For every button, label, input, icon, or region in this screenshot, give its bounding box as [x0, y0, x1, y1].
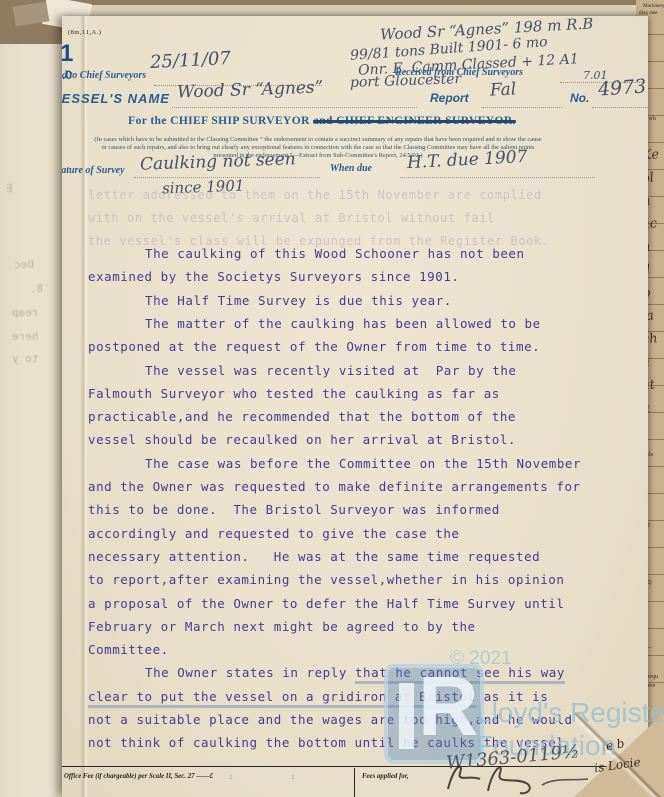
mirrored-bleed-fragment: E [6, 182, 13, 195]
typewritten-line: February or March next might be agreed t… [88, 619, 476, 634]
ghost-line: letter addressed to them on the 15th Nov… [88, 188, 542, 202]
typewritten-line: clear to put the vessel on a gridiron at… [88, 689, 548, 704]
typewritten-line: postponed at the request of the Owner fr… [88, 339, 540, 354]
text-segment: this to be done. The Bristol Surveyor wa… [88, 502, 500, 517]
form-heading: For the CHIEF SHIP SURVEYOR and CHIEF EN… [62, 115, 582, 127]
handwritten-nature-of-survey: Caulking not seen [140, 149, 296, 174]
text-segment: as it is [476, 689, 549, 704]
typewritten-line: The Half Time Survey is due this year. [145, 293, 452, 308]
underlined-phrase: clear to put the vessel on a gridiron at… [88, 689, 476, 708]
typewritten-line: Falmouth Surveyor who tested the caulkin… [88, 386, 500, 401]
text-segment: to report,after examining the vessel,whe… [88, 572, 564, 587]
footer-divider [354, 768, 355, 797]
fill-in-line [592, 106, 648, 108]
mirrored-bleed-fragment: Dec [14, 258, 34, 271]
text-segment: February or March next might be agreed t… [88, 619, 476, 634]
text-segment: examined by the Societys Surveyors since… [88, 269, 459, 284]
text-segment: The vessel was recently visited at Par b… [145, 363, 516, 378]
typewritten-line: this to be done. The Bristol Surveyor wa… [88, 502, 500, 517]
nature-of-survey-label: Nature of Survey [62, 165, 125, 176]
handwritten-vessel-name: Wood Sr “Agnes” [177, 77, 324, 102]
text-segment: not a suitable place and the wages are t… [88, 712, 573, 727]
text-segment: The Half Time Survey is due this year. [145, 293, 452, 308]
document-scan: { "colors":{"paper":"#ece3d0","print_blu… [0, 0, 664, 797]
typewritten-line: not a suitable place and the wages are t… [88, 712, 573, 727]
text-segment: practicable,and he recommended that the … [88, 409, 516, 424]
fee-colon: : [292, 773, 294, 781]
ghost-line: with on the vessel's arrival at Bristol … [88, 211, 495, 225]
fill-in-line [400, 176, 595, 178]
typewritten-line: vessel should be recaulked on her arriva… [88, 432, 516, 447]
heading-main: For the CHIEF SHIP SURVEYOR [128, 115, 313, 127]
typewritten-line: and the Owner was requested to make defi… [88, 479, 581, 494]
mirrored-bleed-fragment: to y [12, 352, 39, 365]
handwritten-port-note: port Gloucester [350, 71, 462, 91]
right-sheet-header: Machinery Sur [643, 4, 664, 9]
text-segment: postponed at the request of the Owner fr… [88, 339, 540, 354]
typewritten-line: The vessel was recently visited at Par b… [145, 363, 516, 378]
underlined-phrase: that he cannot see his way [355, 665, 565, 684]
heading-struck-text: and CHIEF ENGINEER SURVEYOR. [313, 115, 516, 127]
handwritten-signature [430, 755, 630, 797]
typewritten-line: The case was before the Committee on the… [145, 456, 581, 471]
paper-crease [80, 16, 88, 797]
text-segment: The case was before the Committee on the… [145, 456, 581, 471]
handwritten-report-station: Fal [489, 79, 516, 100]
typewritten-line: to report,after examining the vessel,whe… [88, 572, 564, 587]
handwritten-sent-date: 25/11/07 [150, 48, 232, 73]
report-label: Report [430, 91, 469, 105]
fees-applied-label: Fees applied for, [362, 773, 409, 780]
fill-in-line [482, 106, 562, 108]
text-segment: Committee. [88, 642, 169, 657]
text-segment: vessel should be recaulked on her arriva… [88, 432, 516, 447]
typewritten-line: practicable,and he recommended that the … [88, 409, 516, 424]
typewritten-line: The matter of the caulking has been allo… [145, 316, 541, 331]
form-code: (8m,11,A.) [68, 29, 101, 36]
office-fee-label: Office Fee (if chargeable) per Scale II,… [64, 773, 213, 780]
text-segment: and the Owner was requested to make defi… [88, 479, 581, 494]
when-due-label: When due [330, 163, 372, 174]
text-segment: necessary attention. He was at the same … [88, 549, 540, 564]
text-segment: a proposal of the Owner to defer the Hal… [88, 596, 564, 611]
typewritten-line: The caulking of this Wood Schooner has n… [145, 246, 525, 261]
mirrored-bleed-fragment: reap [12, 306, 39, 319]
corner-number: 1 [62, 40, 73, 68]
typewritten-line: a proposal of the Owner to defer the Hal… [88, 596, 564, 611]
survey-report-page: (8m,11,A.) 1 .0 d to Chief Surveyors 25/… [62, 16, 648, 797]
text-segment: The matter of the caulking has been allo… [145, 316, 541, 331]
typewritten-line: examined by the Societys Surveyors since… [88, 269, 459, 284]
text-segment: The caulking of this Wood Schooner has n… [145, 246, 525, 261]
fill-in-line [172, 106, 417, 108]
mirrored-bleed-fragment: '8. [30, 282, 50, 295]
vessels-name-label: VESSEL'S NAME [62, 91, 170, 106]
typewritten-line: The Owner states in reply that he cannot… [145, 665, 565, 680]
text-segment: The Owner states in reply [145, 665, 355, 680]
sent-to-chief-surveyors-label: d to Chief Surveyors [62, 70, 146, 81]
text-segment: Falmouth Surveyor who tested the caulkin… [88, 386, 500, 401]
typewritten-line: Committee. [88, 642, 169, 657]
typewritten-line: accordingly and requested to give the ca… [88, 526, 459, 541]
report-number-label: No. [570, 91, 589, 105]
mirrored-bleed-fragment: here [12, 330, 39, 343]
handwritten-report-number: 4973 [597, 75, 647, 100]
text-segment: accordingly and requested to give the ca… [88, 526, 459, 541]
typewritten-line: necessary attention. He was at the same … [88, 549, 540, 564]
fee-colon: : [230, 773, 232, 781]
